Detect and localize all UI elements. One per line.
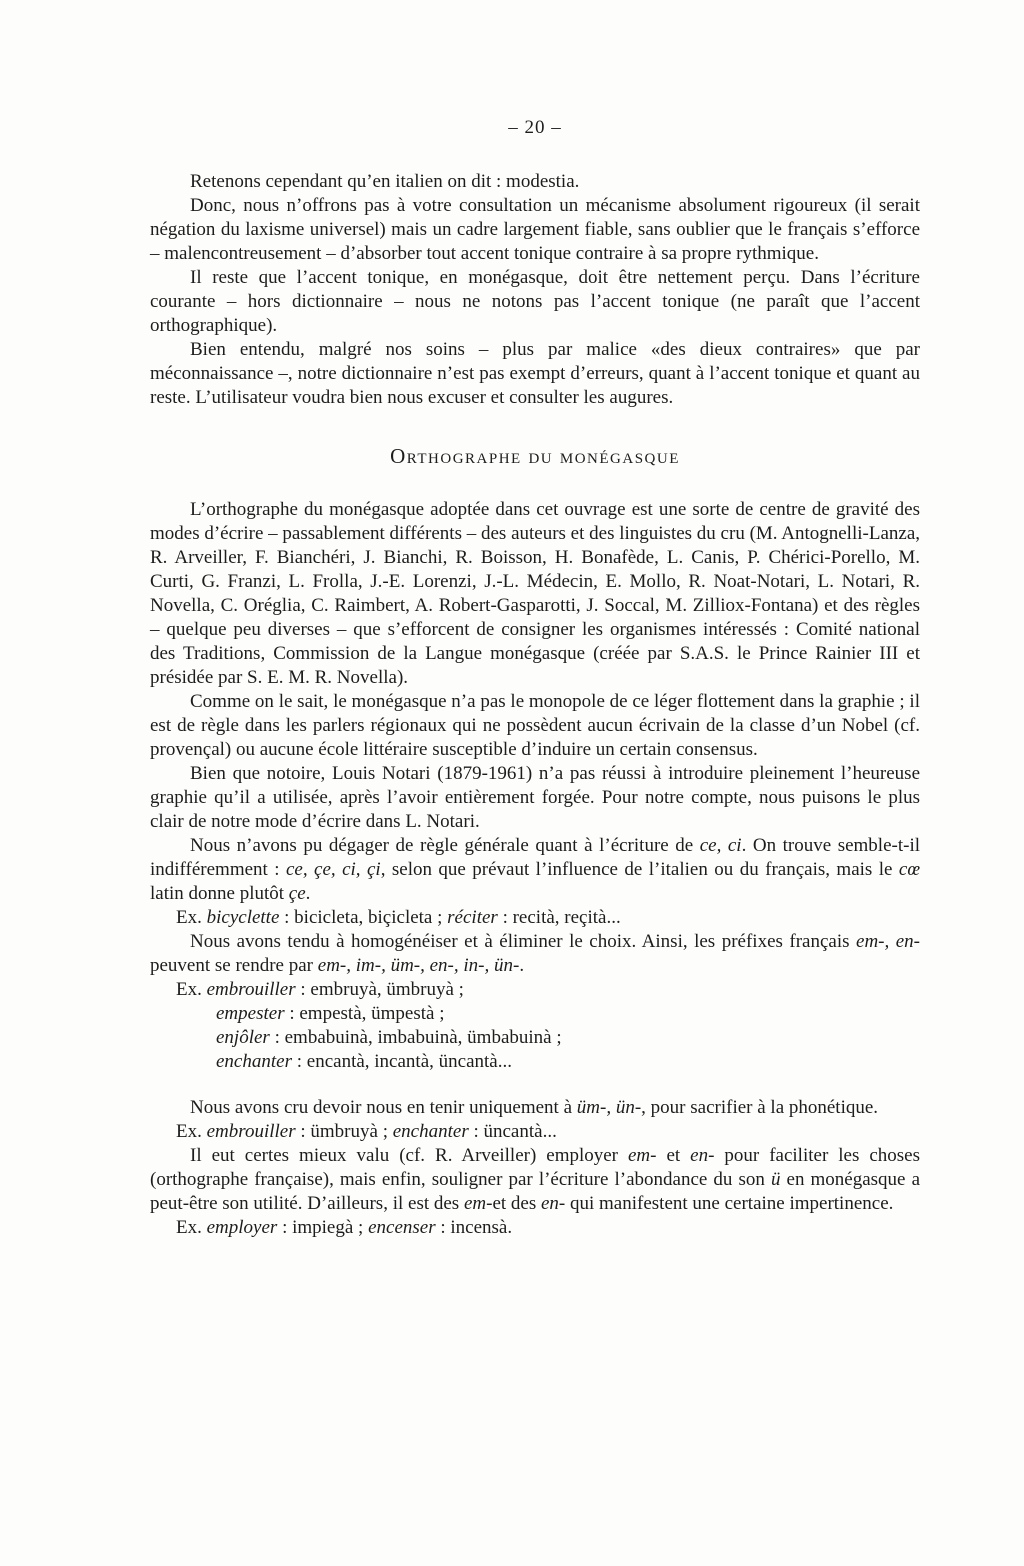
italic-term: en-: [690, 1145, 714, 1166]
text-run: peuvent se rendre par: [150, 955, 318, 976]
text-run: Nous n’avons pu dégager de règle général…: [190, 835, 700, 856]
text-run: Il reste que l’accent tonique, en monéga…: [150, 267, 920, 336]
paragraph: Il reste que l’accent tonique, en monéga…: [150, 266, 920, 338]
text-run: Nous avons tendu à homogénéiser et à éli…: [190, 931, 856, 952]
italic-term: employer: [207, 1217, 278, 1238]
text-run: Ex.: [176, 979, 207, 1000]
text-run: : incensà.: [436, 1217, 513, 1238]
italic-term: em-: [628, 1145, 656, 1166]
text-run: latin donne plutôt: [150, 883, 289, 904]
scanned-book-page: – 20 – Retenons cependant qu’en italien …: [0, 0, 1024, 1566]
italic-term: embrouiller: [207, 979, 296, 1000]
italic-term: çe: [289, 883, 306, 904]
text-run: : empestà, ümpestà ;: [285, 1003, 445, 1024]
paragraph: L’orthographe du monégasque adoptée dans…: [150, 498, 920, 690]
paragraph: Nous avons tendu à homogénéiser et à éli…: [150, 930, 920, 978]
example-line: Ex. embrouiller : embruyà, ümbruyà ;: [150, 978, 920, 1002]
italic-term: embrouiller: [207, 1121, 296, 1142]
italic-term: em-, en-: [856, 931, 920, 952]
text-run: : embruyà, ümbruyà ;: [296, 979, 464, 1000]
italic-term: em-, im-, üm-, en-, in-, ün-: [318, 955, 520, 976]
vertical-gap: [150, 1074, 920, 1096]
italic-term: em-: [464, 1193, 492, 1214]
text-run: : recità, reçità...: [498, 907, 621, 928]
italic-term: cœ: [899, 859, 920, 880]
italic-term: réciter: [447, 907, 498, 928]
text-run: , pour sacrifier à la phonétique.: [641, 1097, 878, 1118]
text-run: qui manifestent une certaine impertinenc…: [565, 1193, 893, 1214]
text-run: Donc, nous n’offrons pas à votre consult…: [150, 195, 920, 264]
section-heading: Orthographe du monégasque: [150, 444, 920, 468]
text-run: Bien que notoire, Louis Notari (1879-196…: [150, 763, 920, 832]
text-run: : encantà, incantà, üncantà...: [292, 1051, 512, 1072]
text-run: Nous avons cru devoir nous en tenir uniq…: [190, 1097, 577, 1118]
text-run: L’orthographe du monégasque adoptée dans…: [150, 499, 920, 688]
paragraph: Comme on le sait, le monégasque n’a pas …: [150, 690, 920, 762]
paragraph: Donc, nous n’offrons pas à votre consult…: [150, 194, 920, 266]
example-line: enchanter : encantà, incantà, üncantà...: [150, 1050, 920, 1074]
text-run: : ümbruyà ;: [296, 1121, 393, 1142]
italic-term: encenser: [368, 1217, 436, 1238]
text-run: .: [519, 955, 524, 976]
text-run: : bicicleta, biçicleta ;: [279, 907, 447, 928]
document-body: Retenons cependant qu’en italien on dit …: [150, 170, 920, 1240]
italic-term: en-: [541, 1193, 565, 1214]
text-run: Il eut certes mieux valu (cf. R. Arveill…: [190, 1145, 628, 1166]
text-run: : impiegà ;: [277, 1217, 368, 1238]
text-run: et des: [492, 1193, 541, 1214]
text-run: Bien entendu, malgré nos soins – plus pa…: [150, 339, 920, 408]
text-run: Ex.: [176, 1121, 207, 1142]
paragraph: Bien entendu, malgré nos soins – plus pa…: [150, 338, 920, 410]
paragraph: Retenons cependant qu’en italien on dit …: [150, 170, 920, 194]
example-line: Ex. bicyclette : bicicleta, biçicleta ; …: [150, 906, 920, 930]
example-line: Ex. employer : impiegà ; encenser : ince…: [150, 1216, 920, 1240]
text-run: Ex.: [176, 907, 207, 928]
text-run: Comme on le sait, le monégasque n’a pas …: [150, 691, 920, 760]
text-run: Retenons cependant qu’en italien on dit …: [190, 171, 579, 192]
example-line: empester : empestà, ümpestà ;: [150, 1002, 920, 1026]
page-number: – 20 –: [150, 116, 920, 140]
text-run: Ex.: [176, 1217, 207, 1238]
italic-term: empester: [216, 1003, 285, 1024]
text-run: .: [306, 883, 311, 904]
italic-term: enchanter: [393, 1121, 469, 1142]
example-line: Ex. embrouiller : ümbruyà ; enchanter : …: [150, 1120, 920, 1144]
text-run: , selon que prévaut l’influence de l’ita…: [381, 859, 899, 880]
paragraph: Il eut certes mieux valu (cf. R. Arveill…: [150, 1144, 920, 1216]
paragraph: Nous n’avons pu dégager de règle général…: [150, 834, 920, 906]
example-line: enjôler : embabuinà, imbabuinà, ümbabuin…: [150, 1026, 920, 1050]
text-run: : üncantà...: [469, 1121, 557, 1142]
italic-term: üm-, ün-: [577, 1097, 641, 1118]
italic-term: ce, çe, ci, çi: [286, 859, 381, 880]
italic-term: enchanter: [216, 1051, 292, 1072]
italic-term: enjôler: [216, 1027, 270, 1048]
text-run: et: [656, 1145, 690, 1166]
paragraph: Bien que notoire, Louis Notari (1879-196…: [150, 762, 920, 834]
paragraph: Nous avons cru devoir nous en tenir uniq…: [150, 1096, 920, 1120]
text-run: : embabuinà, imbabuinà, ümbabuinà ;: [270, 1027, 562, 1048]
italic-term: ce, ci: [700, 835, 742, 856]
italic-term: bicyclette: [207, 907, 280, 928]
